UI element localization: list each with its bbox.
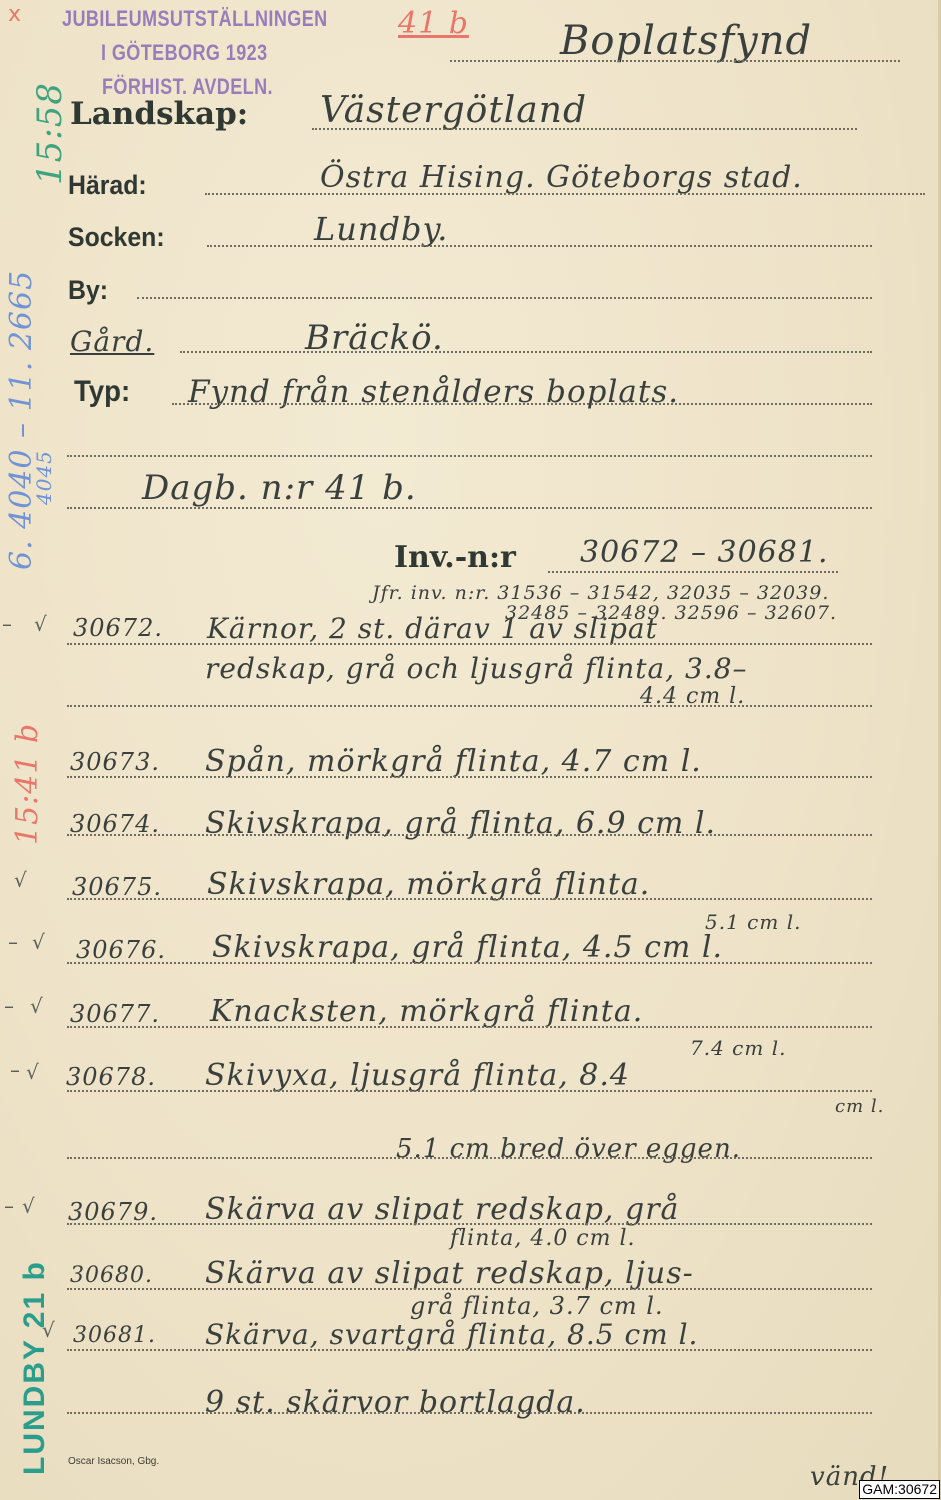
stamp-line-1: JUBILEUMSUTSTÄLLNINGEN	[62, 6, 328, 32]
label-landskap: Landskap:	[70, 96, 248, 132]
dotted-line	[67, 1288, 872, 1290]
stamp-line-2: I GÖTEBORG 1923	[101, 40, 268, 66]
item-number: 30680.	[70, 1263, 153, 1288]
dotted-line	[67, 1090, 872, 1092]
check-mark: √	[22, 1194, 35, 1218]
item-description: Skivyxa, ljusgrå flinta, 8.4	[205, 1058, 630, 1093]
item-number: 30673.	[70, 748, 160, 776]
item-description: Skärva av slipat redskap, ljus-	[205, 1256, 694, 1291]
margin-dash: –	[4, 994, 14, 1018]
dotted-line	[548, 571, 838, 573]
dotted-line	[67, 705, 872, 707]
inventory-range: 30672 – 30681.	[580, 535, 828, 570]
diary-note: Dagb. n:r 41 b.	[142, 468, 417, 508]
dotted-line	[67, 776, 872, 778]
blue-margin-note: 6. 4040 – 11. 2665	[4, 270, 39, 570]
item-description: Kärnor, 2 st. därav 1 av slipat	[207, 612, 658, 645]
check-mark: √	[34, 612, 47, 636]
label-harad: Härad:	[68, 170, 147, 201]
dotted-line	[67, 643, 872, 645]
green-margin-note: 15:58	[30, 82, 70, 185]
item-description-cont: redskap, grå och ljusgrå flinta, 3.8–	[205, 652, 748, 685]
dotted-line	[67, 1026, 872, 1028]
item-description-cont2: 5.1 cm bred över eggen.	[396, 1134, 741, 1164]
item-number: 30678.	[66, 1063, 156, 1091]
item-number: 30675.	[72, 873, 162, 901]
dotted-line	[67, 962, 872, 964]
item-description-cont: flinta, 4.0 cm l.	[450, 1226, 636, 1251]
check-mark: √	[26, 1060, 39, 1084]
check-mark: √	[30, 994, 43, 1018]
label-inventory: Inv.-n:r	[394, 540, 516, 575]
item-description: Skärva av slipat redskap, grå	[205, 1192, 679, 1227]
dotted-line	[180, 351, 872, 353]
label-socken: Socken:	[68, 222, 165, 253]
dotted-line	[137, 297, 872, 299]
label-typ: Typ:	[74, 375, 130, 409]
dotted-line	[67, 507, 872, 509]
label-by: By:	[68, 275, 108, 306]
margin-dash: –	[2, 612, 12, 636]
red-catalog-number: 41 b	[398, 6, 469, 41]
margin-dash: –	[10, 1058, 20, 1082]
dotted-line	[172, 403, 872, 405]
dotted-line	[67, 1223, 872, 1225]
item-description: Spån, mörkgrå flinta, 4.7 cm l.	[205, 744, 702, 779]
dotted-line	[205, 193, 925, 195]
item-number: 30681.	[73, 1323, 156, 1348]
item-description: Skärva, svartgrå flinta, 8.5 cm l.	[205, 1318, 698, 1351]
item-number: 30672.	[73, 614, 163, 642]
category-heading: Boplatsfynd	[560, 18, 812, 64]
item-description: Skivskrapa, mörkgrå flinta.	[207, 867, 650, 902]
label-gard: Gård.	[70, 325, 154, 358]
inventory-cross-ref-1: Jfr. inv. n:r. 31536 – 31542, 32035 – 32…	[372, 582, 829, 604]
margin-dash: –	[4, 1194, 14, 1218]
item-description-cont: 7.4 cm l.	[690, 1036, 786, 1060]
check-mark: √	[14, 868, 27, 892]
dotted-line	[67, 1349, 872, 1351]
lundby-margin-stamp: LUNDBY 21 b	[18, 1260, 52, 1475]
dotted-line	[67, 1157, 872, 1159]
check-mark: √	[32, 930, 45, 954]
item-description-cont: cm l.	[835, 1096, 884, 1117]
margin-dash: –	[8, 930, 18, 954]
item-number: 30676.	[76, 936, 166, 964]
item-number: 30677.	[70, 1000, 160, 1028]
dotted-line	[312, 128, 857, 130]
item-description: Knacksten, mörkgrå flinta.	[210, 994, 643, 1029]
dotted-line	[67, 834, 872, 836]
item-description-cont: grå flinta, 3.7 cm l.	[410, 1292, 664, 1320]
red-margin-mark: x	[8, 2, 21, 27]
dotted-line	[67, 898, 872, 900]
archive-id-label: GAM:30672	[859, 1480, 940, 1499]
dotted-line	[450, 60, 900, 62]
dotted-line	[67, 1412, 872, 1414]
dotted-line	[67, 455, 872, 457]
value-harad: Östra Hising. Göteborgs stad.	[320, 160, 803, 195]
dotted-line	[207, 245, 872, 247]
red-margin-note: 15:41 b	[10, 723, 45, 845]
blue-margin-subnote: 4045	[32, 450, 56, 505]
value-socken: Lundby.	[314, 210, 448, 248]
printer-imprint: Oscar Isacson, Gbg.	[68, 1456, 159, 1467]
closing-note: 9 st. skärvor bortlagda.	[205, 1385, 586, 1420]
item-number: 30679.	[68, 1198, 158, 1226]
value-landskap: Västergötland	[320, 90, 587, 131]
item-description: Skivskrapa, grå flinta, 4.5 cm l.	[212, 930, 723, 965]
